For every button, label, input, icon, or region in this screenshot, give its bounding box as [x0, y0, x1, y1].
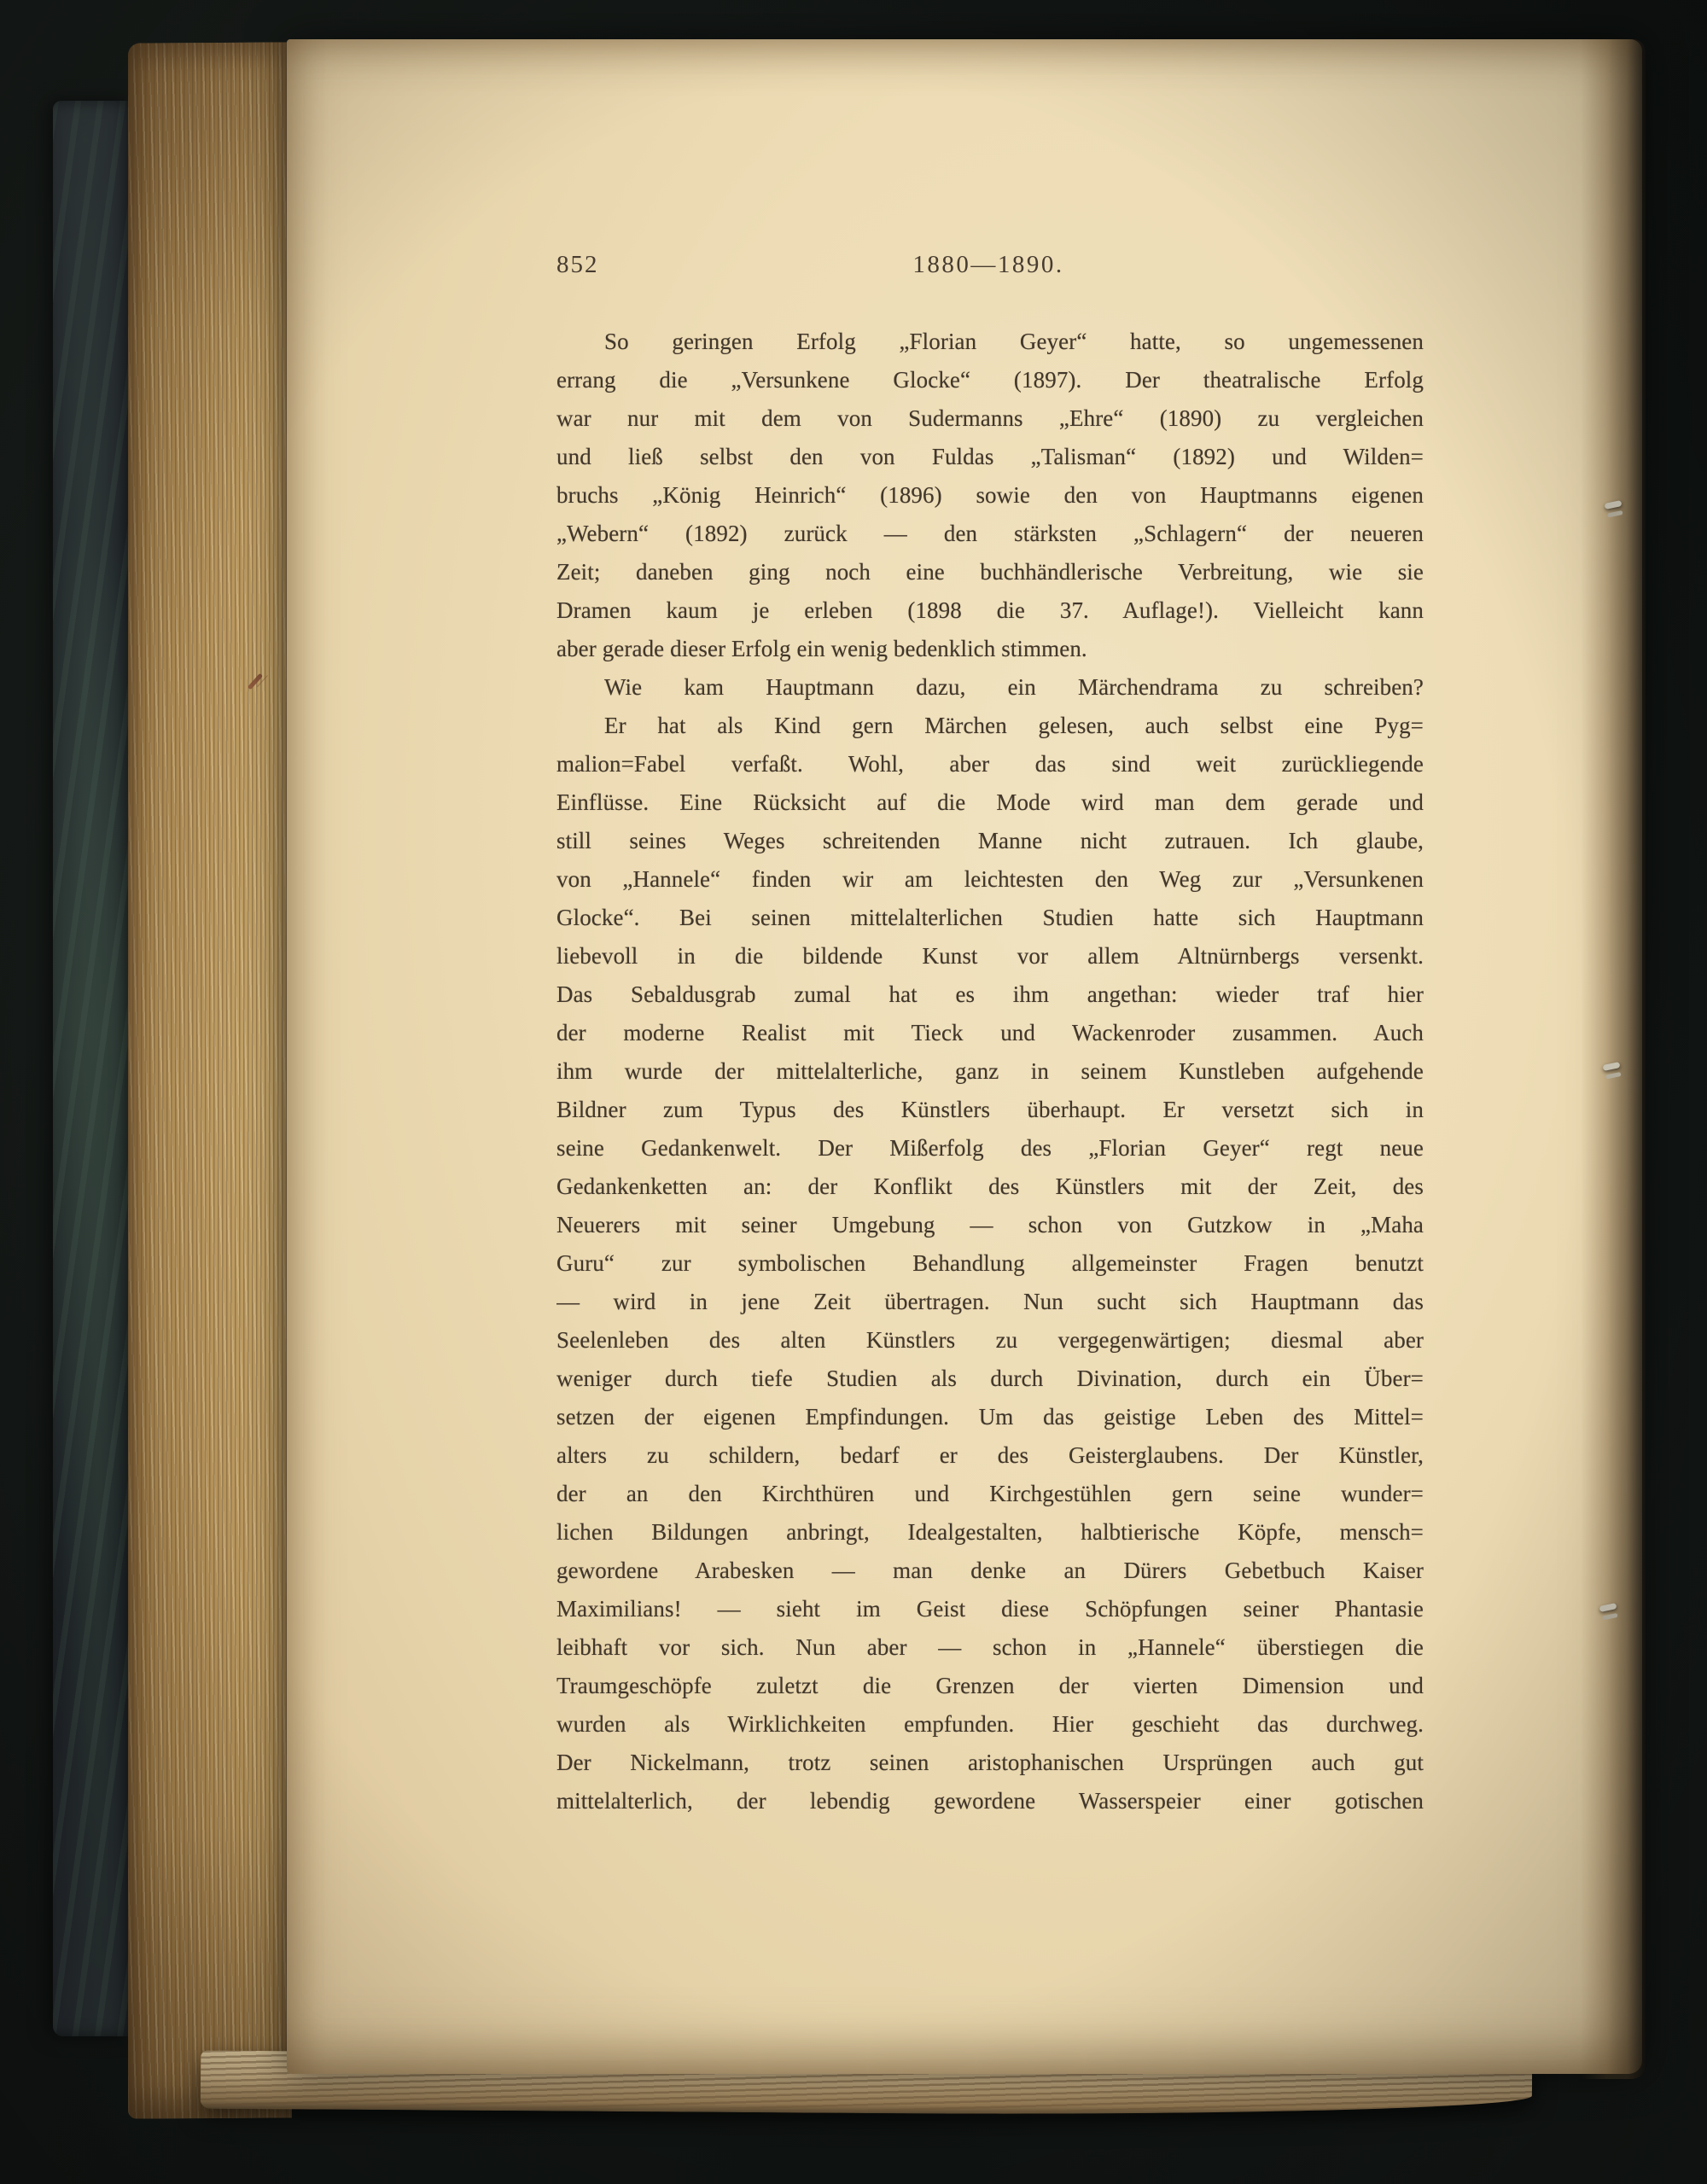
text-line: Maximilians! — sieht im Geist diese Schö…	[556, 1590, 1424, 1628]
scanned-book-photo: 852 1880—1890. So geringen Erfolg „Flori…	[0, 0, 1707, 2184]
text-line: war nur mit dem von Sudermanns „Ehre“ (1…	[556, 399, 1424, 438]
text-line: aber gerade dieser Erfolg ein wenig bede…	[556, 630, 1424, 668]
text-line: „Webern“ (1892) zurück — den stärksten „…	[556, 515, 1424, 553]
text-line: leibhaft vor sich. Nun aber — schon in „…	[556, 1628, 1424, 1667]
text-line: Glocke“. Bei seinen mittelalterlichen St…	[556, 899, 1424, 937]
text-line: alters zu schildern, bedarf er des Geist…	[556, 1436, 1424, 1475]
text-line: der an den Kirchthüren und Kirchgestühle…	[556, 1475, 1424, 1513]
text-line: Gedankenketten an: der Konflikt des Küns…	[556, 1168, 1424, 1206]
text-line: setzen der eigenen Empfindungen. Um das …	[556, 1398, 1424, 1436]
text-line: still seines Weges schreitenden Manne ni…	[556, 822, 1424, 860]
text-line: gewordene Arabesken — man denke an Dürer…	[556, 1552, 1424, 1590]
text-line: der moderne Realist mit Tieck und Wacken…	[556, 1014, 1424, 1052]
text-line: Neuerers mit seiner Umgebung — schon von…	[556, 1206, 1424, 1244]
text-line: Der Nickelmann, trotz seinen aristophani…	[556, 1744, 1424, 1782]
text-line: wurden als Wirklichkeiten empfunden. Hie…	[556, 1705, 1424, 1744]
text-line: lichen Bildungen anbringt, Idealgestalte…	[556, 1513, 1424, 1552]
text-line: seine Gedankenwelt. Der Mißerfolg des „F…	[556, 1129, 1424, 1168]
running-header: 852 1880—1890.	[556, 251, 1420, 288]
text-line: malion=Fabel verfaßt. Wohl, aber das sin…	[556, 745, 1424, 783]
text-line: weniger durch tiefe Studien als durch Di…	[556, 1360, 1424, 1398]
page-edge-stack	[128, 42, 292, 2118]
text-line: So geringen Erfolg „Florian Geyer“ hatte…	[556, 323, 1424, 361]
text-line: Seelenleben des alten Künstlers zu verge…	[556, 1321, 1424, 1360]
text-line: Traumgeschöpfe zuletzt die Grenzen der v…	[556, 1667, 1424, 1705]
running-header-title: 1880—1890.	[556, 251, 1420, 279]
text-line: bruchs „König Heinrich“ (1896) sowie den…	[556, 476, 1424, 515]
text-line: errang die „Versunkene Glocke“ (1897). D…	[556, 361, 1424, 399]
text-line: Er hat als Kind gern Märchen gelesen, au…	[556, 707, 1424, 745]
text-line: Wie kam Hauptmann dazu, ein Märchendrama…	[556, 668, 1424, 707]
text-line: Dramen kaum je erleben (1898 die 37. Auf…	[556, 591, 1424, 630]
text-block: So geringen Erfolg „Florian Geyer“ hatte…	[556, 323, 1424, 1820]
text-line: Bildner zum Typus des Künstlers überhaup…	[556, 1091, 1424, 1129]
book-page: 852 1880—1890. So geringen Erfolg „Flori…	[287, 39, 1642, 2074]
text-line: mittelalterlich, der lebendig gewordene …	[556, 1782, 1424, 1820]
text-line: Das Sebaldusgrab zumal hat es ihm angeth…	[556, 976, 1424, 1014]
text-line: Einflüsse. Eine Rücksicht auf die Mode w…	[556, 783, 1424, 822]
text-line: und ließ selbst den von Fuldas „Talisman…	[556, 438, 1424, 476]
text-line: Zeit; daneben ging noch eine buchhändler…	[556, 553, 1424, 591]
text-line: Guru“ zur symbolischen Behandlung allgem…	[556, 1244, 1424, 1283]
page-right-edge	[1581, 39, 1646, 2079]
text-line: von „Hannele“ finden wir am leichtesten …	[556, 860, 1424, 899]
book-cover-spine	[53, 101, 135, 2036]
text-line: ihm wurde der mittelalterliche, ganz in …	[556, 1052, 1424, 1091]
text-line: liebevoll in die bildende Kunst vor alle…	[556, 937, 1424, 976]
text-line: — wird in jene Zeit übertragen. Nun such…	[556, 1283, 1424, 1321]
